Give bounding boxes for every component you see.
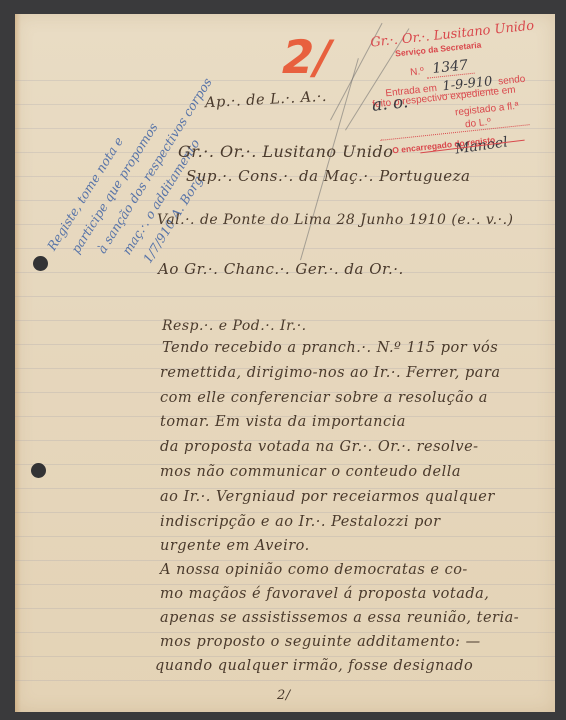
ruled-line bbox=[15, 512, 555, 513]
addressee-line-1: Gr.·. Or.·. Lusitano Unido bbox=[178, 142, 393, 161]
place-and-date: Val.·. de Ponte do Lima 28 Junho 1910 (e… bbox=[157, 212, 514, 228]
addressee-line-2: Sup.·. Cons.·. da Maç.·. Portugueza bbox=[186, 167, 471, 185]
body-line: mo maçãos é favoravel á proposta votada, bbox=[160, 586, 489, 602]
ruled-line bbox=[15, 536, 555, 537]
body-line: Tendo recebido a pranch.·. N.º 115 por v… bbox=[162, 340, 498, 356]
body-line: mos proposto o seguinte additamento: — bbox=[160, 634, 481, 650]
punch-hole bbox=[31, 463, 46, 478]
ruled-line bbox=[15, 560, 555, 561]
body-line: da proposta votada na Gr.·. Or.·. resolv… bbox=[160, 439, 479, 455]
recipient-line: Ao Gr.·. Chanc.·. Ger.·. da Or.·. bbox=[158, 260, 404, 278]
body-line: ao Ir.·. Vergniaud por receiarmos qualqu… bbox=[160, 489, 495, 505]
ruled-line bbox=[15, 584, 555, 585]
body-line: urgente em Aveiro. bbox=[160, 538, 310, 554]
body-line: com elle conferenciar sobre a resolução … bbox=[160, 390, 488, 406]
body-line: tomar. Em vista da importancia bbox=[160, 414, 406, 430]
body-line: apenas se assistissemos a essa reunião, … bbox=[160, 610, 519, 626]
ruled-line bbox=[15, 656, 555, 657]
salutation: Resp.·. e Pod.·. Ir.·. bbox=[162, 318, 307, 334]
body-line: mos não communicar o conteudo della bbox=[160, 464, 461, 480]
body-line: quando qualquer irmão, fosse designado bbox=[155, 658, 473, 674]
body-line: indiscripção e ao Ir.·. Pestalozzi por bbox=[160, 514, 441, 530]
page-marker: 2/ bbox=[277, 688, 291, 703]
body-line: remettida, dirigimo-nos ao Ir.·. Ferrer,… bbox=[160, 365, 501, 381]
ruled-line bbox=[15, 632, 555, 633]
body-line: A nossa opinião como democratas e co- bbox=[160, 562, 468, 578]
ruled-line bbox=[15, 680, 555, 681]
punch-hole bbox=[33, 256, 48, 271]
stamp-number-label: N.º bbox=[410, 66, 425, 78]
ruled-line bbox=[15, 608, 555, 609]
ruled-line bbox=[15, 296, 555, 297]
stamp-expediente-value: a. o. bbox=[371, 92, 409, 116]
